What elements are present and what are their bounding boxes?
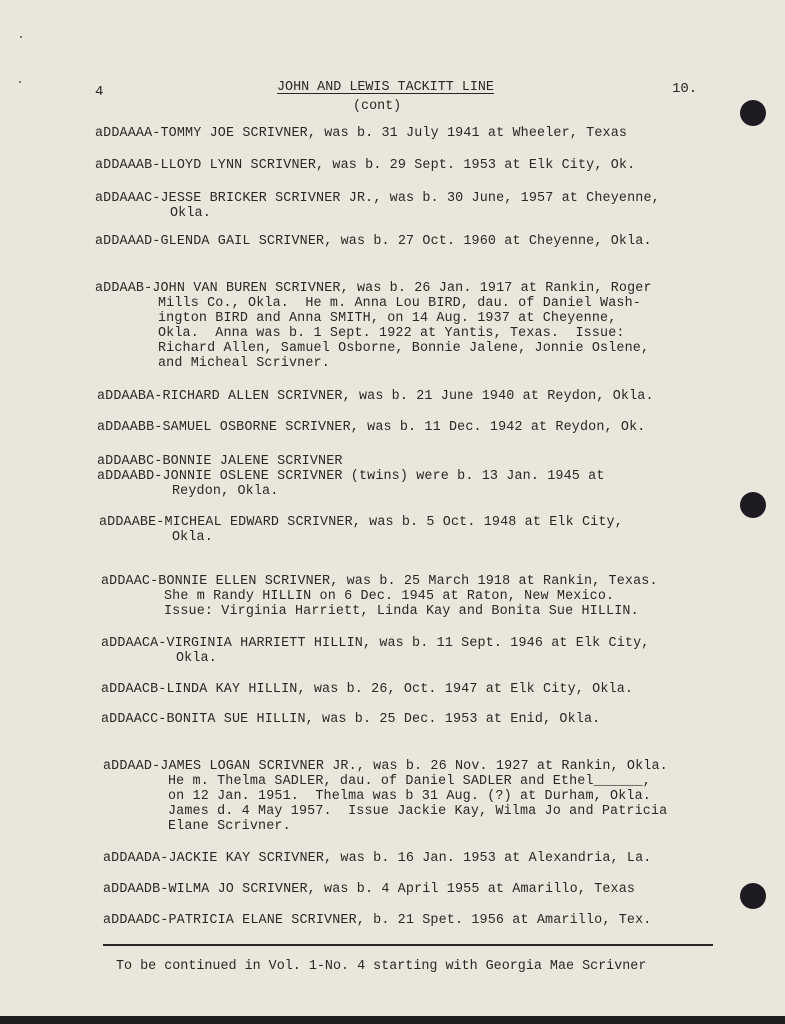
entry-continuation-line: Issue: Virginia Harriett, Linda Kay and …: [164, 604, 639, 619]
punch-hole: [740, 492, 766, 518]
divider-rule: [103, 944, 713, 946]
page-title: JOHN AND LEWIS TACKITT LINE: [277, 80, 494, 95]
entry-line: aDDAAAB-LLOYD LYNN SCRIVNER, was b. 29 S…: [95, 158, 635, 173]
entry-continuation-line: She m Randy HILLIN on 6 Dec. 1945 at Rat…: [164, 589, 614, 604]
entry-line: aDDAABA-RICHARD ALLEN SCRIVNER, was b. 2…: [97, 389, 654, 404]
entry-line: aDDAACB-LINDA KAY HILLIN, was b. 26, Oct…: [101, 682, 633, 697]
punch-hole: [740, 100, 766, 126]
entry-line: aDDAAD-JAMES LOGAN SCRIVNER JR., was b. …: [103, 759, 668, 774]
entry-line: aDDAABE-MICHEAL EDWARD SCRIVNER, was b. …: [99, 515, 623, 530]
entry-continuation-line: and Micheal Scrivner.: [158, 356, 330, 371]
entry-continuation-line: James d. 4 May 1957. Issue Jackie Kay, W…: [168, 804, 667, 819]
punch-hole: [740, 883, 766, 909]
page-subtitle: (cont): [353, 99, 401, 114]
continuation-note: To be continued in Vol. 1-No. 4 starting…: [116, 959, 646, 974]
entry-continuation-line: He m. Thelma SADLER, dau. of Daniel SADL…: [168, 774, 651, 789]
entry-continuation-line: on 12 Jan. 1951. Thelma was b 31 Aug. (?…: [168, 789, 651, 804]
entry-line: aDDAAAC-JESSE BRICKER SCRIVNER JR., was …: [95, 191, 660, 206]
scan-bottom-edge: [0, 1016, 785, 1024]
paper-speck: [20, 36, 22, 38]
entry-line: aDDAAC-BONNIE ELLEN SCRIVNER, was b. 25 …: [101, 574, 658, 589]
entry-continuation-line: aDDAABD-JONNIE OSLENE SCRIVNER (twins) w…: [97, 469, 605, 484]
entry-continuation-line: Richard Allen, Samuel Osborne, Bonnie Ja…: [158, 341, 649, 356]
entry-line: aDDAADA-JACKIE KAY SCRIVNER, was b. 16 J…: [103, 851, 651, 866]
entry-continuation-line: ington BIRD and Anna SMITH, on 14 Aug. 1…: [158, 311, 616, 326]
entry-continuation-line: Okla.: [176, 651, 217, 666]
entry-line: aDDAAB-JOHN VAN BUREN SCRIVNER, was b. 2…: [95, 281, 652, 296]
entry-continuation-line: Okla.: [172, 530, 213, 545]
entry-continuation-line: Reydon, Okla.: [172, 484, 278, 499]
entry-continuation-line: Okla. Anna was b. 1 Sept. 1922 at Yantis…: [158, 326, 625, 341]
document-page: 4 JOHN AND LEWIS TACKITT LINE 10. (cont)…: [0, 0, 785, 1016]
entry-line: aDDAADB-WILMA JO SCRIVNER, was b. 4 Apri…: [103, 882, 635, 897]
page-right-number: 10.: [672, 81, 697, 97]
entry-line: aDDAAAA-TOMMY JOE SCRIVNER, was b. 31 Ju…: [95, 126, 627, 141]
entry-line: aDDAABB-SAMUEL OSBORNE SCRIVNER, was b. …: [97, 420, 645, 435]
entry-continuation-line: Okla.: [170, 206, 211, 221]
entry-line: aDDAADC-PATRICIA ELANE SCRIVNER, b. 21 S…: [103, 913, 651, 928]
entry-line: aDDAAAD-GLENDA GAIL SCRIVNER, was b. 27 …: [95, 234, 652, 249]
entry-continuation-line: Elane Scrivner.: [168, 819, 291, 834]
page-left-number: 4: [95, 84, 103, 100]
entry-line: aDDAABC-BONNIE JALENE SCRIVNER: [97, 454, 343, 469]
entry-line: aDDAACC-BONITA SUE HILLIN, was b. 25 Dec…: [101, 712, 600, 727]
entry-line: aDDAACA-VIRGINIA HARRIETT HILLIN, was b.…: [101, 636, 649, 651]
entry-continuation-line: Mills Co., Okla. He m. Anna Lou BIRD, da…: [158, 296, 641, 311]
paper-speck: [19, 81, 21, 83]
